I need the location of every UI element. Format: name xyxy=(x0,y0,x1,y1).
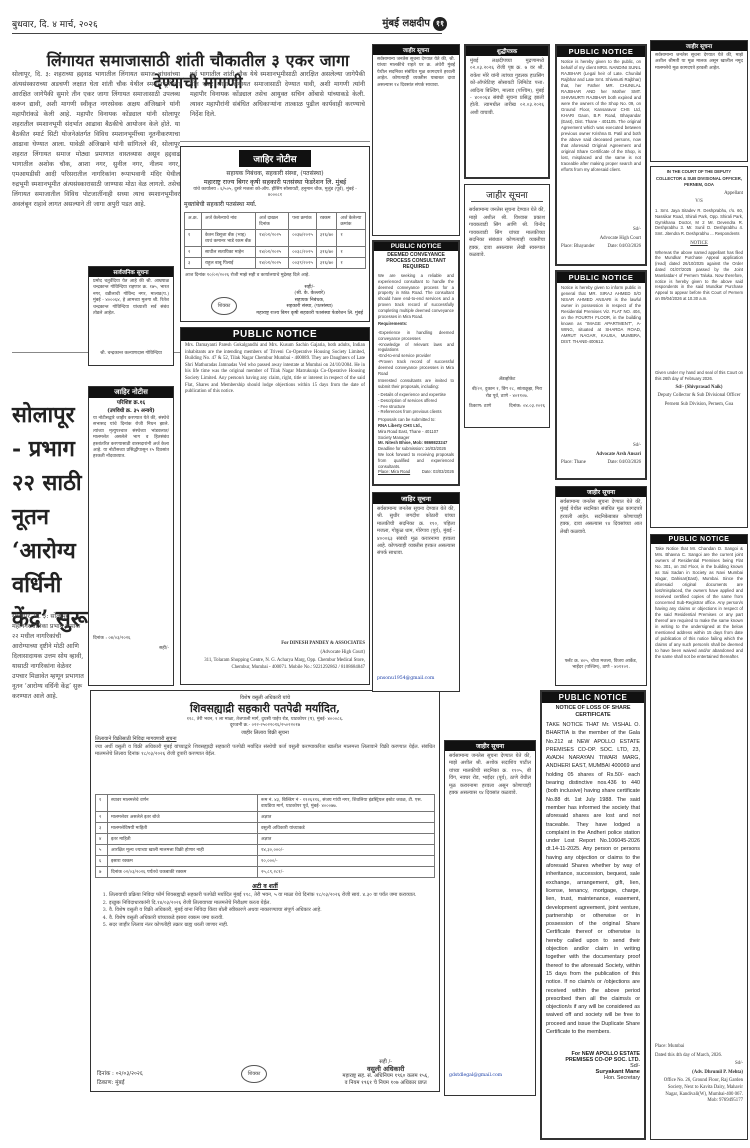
invite-text: Interested consultants are invited to su… xyxy=(374,378,458,392)
cell: १४/०१/२०२५ xyxy=(256,230,289,247)
cell: १ xyxy=(337,230,366,247)
cell: १०,०००/- xyxy=(258,856,435,867)
notice-address: बी/२२, दुकान १, विंग २८, सांताक्रूझ, मिर… xyxy=(465,385,549,402)
side-story-headline: सोलापूर - प्रभाग २२ साठी नूतन ‘आरोग्य वर… xyxy=(12,398,90,636)
notice-title: जाहीर सूचना xyxy=(445,741,535,751)
cell: १ xyxy=(337,258,366,269)
place-date: Place: BhayanderDate: 04/03/2026 xyxy=(557,244,645,253)
cell: ३ xyxy=(185,258,202,269)
society-name: मुक्तांबेची सहकारी पतसंस्था मर्या. xyxy=(181,198,369,210)
closing: We look forward to receiving proposals f… xyxy=(378,452,454,469)
cell: १४,३०,०००/- xyxy=(258,845,435,856)
date: Date: 04/03/2026 xyxy=(608,244,641,251)
notice-text: Take Notice that Mr. Chandan D. Sangoi &… xyxy=(651,544,747,1044)
applicants-table: अ.क्र. अर्ज केलेल्याचे नांव अर्ज दाखल दि… xyxy=(184,212,366,269)
court-signer: Sd/- (Shivprasad Naik) xyxy=(651,385,747,394)
requirement-item: -Experience in handling deemed conveyanc… xyxy=(378,330,454,342)
notice-title: जाहीर सूचना xyxy=(373,45,459,55)
court-signer-place: Pernem Sub Division, Pernem, Goa xyxy=(651,402,747,411)
proposal-items: - Details of experience and expertise - … xyxy=(374,392,458,417)
place-date: Place: ThaneDate: 04/03/2026 xyxy=(557,460,645,469)
property-table: १स्थावर मालमत्तेचे वर्णनरूम नं. ४३, बिल्… xyxy=(95,794,435,878)
term-item: वै. विशेष वसुली व विक्री अधिकारी, मुंबई … xyxy=(109,907,435,915)
sign-line: व नियम १९६१ चे नियम १०७ अधिकार प्राप्त xyxy=(342,1080,429,1087)
table-row: १ केतन डिसूजा बॅंक (भाइ) व्यथं कमानर भाड… xyxy=(185,230,366,247)
cell: ६ xyxy=(96,856,108,867)
cell: १४/०१/२०२५ xyxy=(256,247,289,258)
notice-title: PUBLIC NOTICE xyxy=(557,46,645,57)
notice-text: Whereas the above named appellant has fi… xyxy=(651,250,747,370)
notice-subtitle: परिशिष्ट क्र.१६ xyxy=(89,398,173,406)
notice-email[interactable]: pnsonu1954@gmail.com xyxy=(373,674,459,684)
sarvajanik-suchana: सार्वजनिक सूचना प्रमोद चतुर्वेदिया येत आ… xyxy=(88,266,174,366)
cell: १ xyxy=(96,795,108,812)
notice-title: PUBLIC NOTICE xyxy=(651,535,747,544)
place-date: ठिकाण: ठाणेदिनांक: ०४.०३.२०२६ xyxy=(465,402,549,412)
notice-text: या नोटीसद्वारे जाहीर करण्यात येते की, सं… xyxy=(89,414,173,634)
notice-signer: (Adv. Dhrumil P. Mehta) xyxy=(651,1070,747,1079)
side-story-text: सोलापूर, दि. ३: सोलापूर महानगरपालिका प्र… xyxy=(12,612,88,1132)
jahir-suchana-mid: जाहीर सूचना सर्वसामान्य जनतेस सूचना देण्… xyxy=(464,184,550,428)
cell: १४/०१/२०२५ xyxy=(256,258,289,269)
terms-list: लिलावाची प्रक्रिया निविदा फॉर्म शिवसह्या… xyxy=(95,892,435,930)
notice-for: For NEW APOLLO ESTATE PREMISES CO-OP SOC… xyxy=(542,1051,644,1063)
notice-text: सर्वसामान्य जनतेस सूचना देण्यात येते की,… xyxy=(373,55,459,235)
cell: अज्ञात xyxy=(258,834,435,845)
notice-address: यांचे कार्यालय : ६/५०५, दुसरे मजला को-ऑप… xyxy=(181,186,369,198)
cell: ७ xyxy=(96,867,108,878)
respondents: 1. Smt. Jaya Sitadev R. Deshprabhu, r/o.… xyxy=(651,208,747,239)
cell: मालमत्तेवर असलेले इतर बोजे xyxy=(108,812,258,823)
notice-text: सर्वसामान्य जनतेस सूचना देण्यात येते की,… xyxy=(465,205,549,375)
cell: केतन डिसूजा बॅंक (भाइ) व्यथं कमानर भाडे … xyxy=(201,230,255,247)
divider xyxy=(180,141,370,142)
requirements-list: -Experience in handling deemed conveyanc… xyxy=(374,330,458,378)
deemed-conveyance-notice: PUBLIC NOTICE DEEMED CONVEYANCE PROCESS … xyxy=(372,240,460,486)
notice-signer: ॲडव्होकेट xyxy=(465,375,549,385)
cell: ००३९/२०२५ xyxy=(289,258,317,269)
loss-of-share-notice: PUBLIC NOTICE NOTICE OF LOSS OF SHARE CE… xyxy=(540,690,646,1140)
notice-date-line: आज दिनांक १०/०२/२०२६ रोजी माझे सही व कार… xyxy=(181,271,369,281)
requirement-item: -Knowledge of relevant laws and regulati… xyxy=(378,342,454,354)
shuddhipatrak-notice: शुद्धीपत्रक मुंबई लक्षदीपच्या मुद्रणामध्… xyxy=(464,44,550,179)
notice-title: PUBLIC NOTICE xyxy=(557,272,645,283)
th: अ.क्र. xyxy=(185,213,202,230)
notice-federation: महाराष्ट्र राज्य बिगर कृषी सहकारी पतसंस्… xyxy=(181,177,369,186)
notice-email[interactable]: gdstdlegal@gmail.com xyxy=(445,1071,535,1081)
cell: रूम नं. ४३, बिल्डिंग नं - ११२६११६, संजय … xyxy=(258,795,435,812)
th: अर्ज दाखल दिनांक xyxy=(256,213,289,230)
given-under: Given under my hand and seal of this Cou… xyxy=(651,370,747,385)
place: Place: Bhayander xyxy=(561,244,595,251)
cell: २ xyxy=(96,812,108,823)
notice-address: Office No. 26, Ground Floor, Raj Garden … xyxy=(651,1078,747,1106)
notice-signer: श्री. चन्द्रकान्त कल्याणदास गोविन्दिया xyxy=(89,349,173,359)
institution-name: शिवसह्याद्री सहकारी पतपेढी मर्यादित, xyxy=(91,701,439,716)
notice-dated: Dated this 4th day of March, 2026. xyxy=(651,1053,747,1062)
cell: ४ xyxy=(96,834,108,845)
newspaper-brand: मुंबई लक्षदीप११ xyxy=(382,15,447,31)
table-row: ७दिनांक ०२/०३/२०२६ पर्यंतचे थकबाकी रक्कम… xyxy=(96,867,435,878)
place: Place: Mira Road xyxy=(378,469,410,475)
proposal-item: - Details of experience and expertise xyxy=(378,392,454,398)
institution-phone: दूरध्वनी क्र.- ०२२-२५०२२०१६/२५०२२०१७ xyxy=(91,722,439,728)
notice-text: Notice is hereby given to inform public … xyxy=(557,283,645,443)
notice-rule: (उपविधी क्र. ३५ अन्वये) xyxy=(89,406,173,414)
notice-signer: Sd/- xyxy=(557,443,645,452)
page-header: बुधवार, दि. ४ मार्च, २०२६ मुंबई लक्षदीप१… xyxy=(12,12,442,34)
auction-signer-block: सही /- वसुली अधिकारी महाराष्ट्र सह. सं. … xyxy=(342,1059,429,1087)
appellant: Appellant xyxy=(651,191,747,200)
cell: ३ xyxy=(96,823,108,834)
auction-place: ठिकाण: मुंबई xyxy=(97,1078,124,1086)
notice-intro: We are seeking a reliable and experience… xyxy=(374,271,458,321)
term-item: सदर जाहीर लिलाव नंतर कोणतीही तक्रार ग्रा… xyxy=(109,922,435,930)
date: Date: 04/03/2026 xyxy=(608,460,641,467)
term-item: वै. विशेष वसुली अधिकारी यांच्याकडे इसारा… xyxy=(109,915,435,923)
notice-intro: ज्या अर्थी वसुली व विक्री अधिकारी मुंबई … xyxy=(91,742,439,792)
public-notice-gajaria: PUBLIC NOTICE Mrs. Damayanti Paresh Goka… xyxy=(180,327,370,685)
lead-story-col2: पूर्व भागातील शांती चौक येथे स्मशानभूमीस… xyxy=(190,70,365,130)
notice-sd: Sd/- xyxy=(651,1061,747,1070)
cell: अज्ञात xyxy=(258,812,435,823)
sign-line: महाराष्ट्र सह. सं. अधिनियम १९६० कलम १५६, xyxy=(342,1073,429,1080)
versus: V/S xyxy=(651,199,747,208)
shivsahyadri-auction-notice: विशेष वसुली अधिकारी यांचे शिवसह्याद्री स… xyxy=(90,690,440,1092)
notice-title: जाहिर नोटीस xyxy=(89,387,173,398)
notice-title: जाहीर सूचना xyxy=(556,487,646,497)
notice-text: Notice is hereby given to the public, on… xyxy=(557,57,645,227)
notice-advocate: Advocate Arsh Ansari xyxy=(557,452,645,461)
court-notice-pernem: IN THE COURT OF THE DEPUTY COLLECTOR & S… xyxy=(650,166,748,528)
cell: साधील सतायिका माहेन xyxy=(201,247,255,258)
notice-text: Mrs. Damayanti Paresh Gokalgandhi and Mr… xyxy=(181,341,369,641)
cell: ३१६/७० xyxy=(316,230,337,247)
terms-title: अटी व शर्ती xyxy=(91,882,439,890)
table-row: ३मालमत्तेविषयी माहितीवसुली अधिकारी यांच्… xyxy=(96,823,435,834)
table-row: ३ राहुल बाबू पिलाई १४/०१/२०२५ ००३९/२०२५ … xyxy=(185,258,366,269)
jahir-suchana-far-right: जाहीर सूचना सर्वसामान्य जनतेस सूचना देण्… xyxy=(650,40,748,162)
notice-signer: Sd/- xyxy=(557,227,645,236)
jahir-suchana-right: जाहीर सूचना सर्वसामान्य जनतेस सूचना देण्… xyxy=(555,486,647,686)
signatory-block: सही/- (श्री. के. केल्लारे) सहायक निबंधक,… xyxy=(256,285,363,317)
cell: दिनांक ०२/०३/२०२६ पर्यंतचे थकबाकी रक्कम xyxy=(108,867,258,878)
jahir-notice-parishisht: जाहिर नोटीस परिशिष्ट क्र.१६ (उपविधी क्र.… xyxy=(88,386,174,686)
th: पत्ता क्रमांक xyxy=(289,213,317,230)
cell: राहुल बाबू पिलाई xyxy=(201,258,255,269)
term-item: लिलावाची प्रक्रिया निविदा फॉर्म शिवसह्या… xyxy=(109,892,435,900)
issue-date: बुधवार, दि. ४ मार्च, २०२६ xyxy=(12,17,98,30)
cell: २ xyxy=(185,247,202,258)
notice-title: जाहीर सूचना xyxy=(471,188,543,202)
notice-text: सर्वसामान्य जनतेस सूचना देण्यात येते की,… xyxy=(445,751,535,1071)
cell: ००३८/२०२५ xyxy=(289,247,317,258)
table-row: ६इसारा रक्कम१०,०००/- xyxy=(96,856,435,867)
term-item: इच्छुक निविदाधारकांनी दि.१४/०३/२०२६ रोजी… xyxy=(109,900,435,908)
notice-address: 311, Tolaram Shopping Centre, N. G. Acha… xyxy=(181,658,369,673)
cell: इसारा रक्कम xyxy=(108,856,258,867)
public-notice-rajbhar: PUBLIC NOTICE Notice is hereby given to … xyxy=(555,44,647,266)
cell: १ xyxy=(337,247,366,258)
th: अर्ज केलेल्या क्रमांक xyxy=(337,213,366,230)
requirement-item: -Proven track record of successful deeme… xyxy=(378,359,454,376)
jahir-notice-patsanstha: जाहिर नोटीस सहायक निबंधक, सहकारी संस्था,… xyxy=(180,146,370,322)
public-notice-siraj: PUBLIC NOTICE Notice is hereby given to … xyxy=(555,270,647,480)
notice-address: फ्लॅट क्र. ४०५, चौथा मजला, विजय आर्केड, … xyxy=(556,657,646,674)
table-row: १स्थावर मालमत्तेचे वर्णनरूम नं. ४३, बिल्… xyxy=(96,795,435,812)
jahir-suchana-top: जाहीर सूचना सर्वसामान्य जनतेस सूचना देण्… xyxy=(372,44,460,236)
table-row: २ साधील सतायिका माहेन १४/०१/२०२५ ००३८/२०… xyxy=(185,247,366,258)
notice-title: PUBLIC NOTICE xyxy=(181,328,369,341)
notice-subtitle: NOTICE OF LOSS OF SHARE CERTIFICATE xyxy=(542,703,644,721)
th: रक्कम xyxy=(316,213,337,230)
court-signer-role: Deputy Collector & Sub Divisional Office… xyxy=(651,393,747,402)
public-notice-chandan: PUBLIC NOTICE Take Notice that Mr. Chand… xyxy=(650,534,748,1140)
place: ठिकाण: ठाणे xyxy=(469,404,491,410)
table-row: २मालमत्तेवर असलेले इतर बोजेअज्ञात xyxy=(96,812,435,823)
jahir-suchana-right-lower: जाहीर सूचना सर्वसामान्य जनतेस सूचना देण्… xyxy=(444,740,536,1096)
notice-title: PUBLIC NOTICE xyxy=(374,242,458,251)
cell: ५ xyxy=(96,845,108,856)
court-name: IN THE COURT OF THE DEPUTY COLLECTOR & S… xyxy=(651,167,747,191)
notice-advocate: Advocate High Court xyxy=(557,236,645,245)
notice-heading: NOTICE xyxy=(651,239,747,250)
cell: इतर माहिती xyxy=(108,834,258,845)
notice-date: दिनांक : ०४/०३/२०२६ xyxy=(89,634,173,644)
place: Place: Thane xyxy=(561,460,586,467)
official-stamp: शिक्का xyxy=(241,1065,267,1083)
notice-title: शुद्धीपत्रक xyxy=(466,46,548,56)
notice-subtitle: DEEMED CONVEYANCE PROCESS CONSULTANT REQ… xyxy=(374,251,458,271)
cell: आरक्षित मूल्य ज्याच्या खाली मालमत्ता विक… xyxy=(108,845,258,856)
notice-signer-sub: (Advocate High Court) xyxy=(181,650,369,659)
date: दिनांक: ०४.०३.२०२६ xyxy=(509,404,545,410)
notice-signer: सही/- xyxy=(89,644,173,654)
official-stamp: शिक्का xyxy=(211,297,237,315)
sign-line: वसुली अधिकारी xyxy=(342,1066,429,1073)
notice-text: सर्वसामान्य जनतेस सूचना देण्यात येते की,… xyxy=(651,51,747,147)
cell: मालमत्तेविषयी माहिती xyxy=(108,823,258,834)
notice-title: जाहिर नोटीस xyxy=(239,150,311,167)
notice-signer-role: Hon. Secretary xyxy=(542,1075,644,1081)
notice-title: जाहिर सूचना xyxy=(373,493,459,504)
cell: वसुली अधिकारी यांच्याकडे xyxy=(258,823,435,834)
notice-text: सर्वसामान्य जनतेस सूचना देण्यात येते की,… xyxy=(556,497,646,657)
cell: २५,८९,२८१/- xyxy=(258,867,435,878)
cell: १ xyxy=(185,230,202,247)
th: अर्ज केलेल्याचे नांव xyxy=(201,213,255,230)
jahir-suchana-lower: जाहिर सूचना सर्वसामान्य जनतेस सूचना देण्… xyxy=(372,492,460,692)
notice-title: सार्वजनिक सूचना xyxy=(89,267,173,277)
requirements-title: Requirements: xyxy=(374,321,458,330)
table-row: ४इतर माहितीअज्ञात xyxy=(96,834,435,845)
notice-text: प्रमोद चतुर्वेदिया येत आहे की श्री. आम्र… xyxy=(89,277,173,349)
notice-text: TAKE NOTICE THAT Mr. VISHAL O. BHARTIA i… xyxy=(542,721,644,1051)
submit-info: Proposals can be submitted to: RNA Liber… xyxy=(374,417,458,477)
date: Date: 03/03/2026 xyxy=(422,469,454,475)
notice-signer: For DINESH PANDEY & ASSOCIATES xyxy=(181,641,369,650)
notice-subtitle: सहायक निबंधक, सहकारी संस्था, (पतसंस्था) xyxy=(181,169,369,177)
notice-place: Place: Mumbai xyxy=(651,1044,747,1053)
proposal-item: - References from previous clients xyxy=(378,409,454,415)
notice-title: जाहीर सूचना xyxy=(651,41,747,51)
sign-line: महाराष्ट्र राज्य बिगर कृषी सहकारी पतसंस्… xyxy=(256,311,363,317)
cell: ३१६/७० xyxy=(316,247,337,258)
auction-date: दिनांक : ०२/०३/२०२६ xyxy=(97,1069,143,1077)
notice-text: सर्वसामान्य जनतेस सूचना देण्यात येते की,… xyxy=(373,504,459,674)
cell: ००३७/२०२५ xyxy=(289,230,317,247)
cell: स्थावर मालमत्तेचे वर्णन xyxy=(108,795,258,812)
notice-title: PUBLIC NOTICE xyxy=(542,692,644,703)
brand-name: मुंबई लक्षदीप xyxy=(382,18,430,29)
cell: ३१६/७० xyxy=(316,258,337,269)
table-row: ५आरक्षित मूल्य ज्याच्या खाली मालमत्ता वि… xyxy=(96,845,435,856)
page-number: ११ xyxy=(433,17,447,31)
notice-text: मुंबई लक्षदीपच्या मुद्रणामध्ये ०२.०३.२०२… xyxy=(466,56,548,119)
